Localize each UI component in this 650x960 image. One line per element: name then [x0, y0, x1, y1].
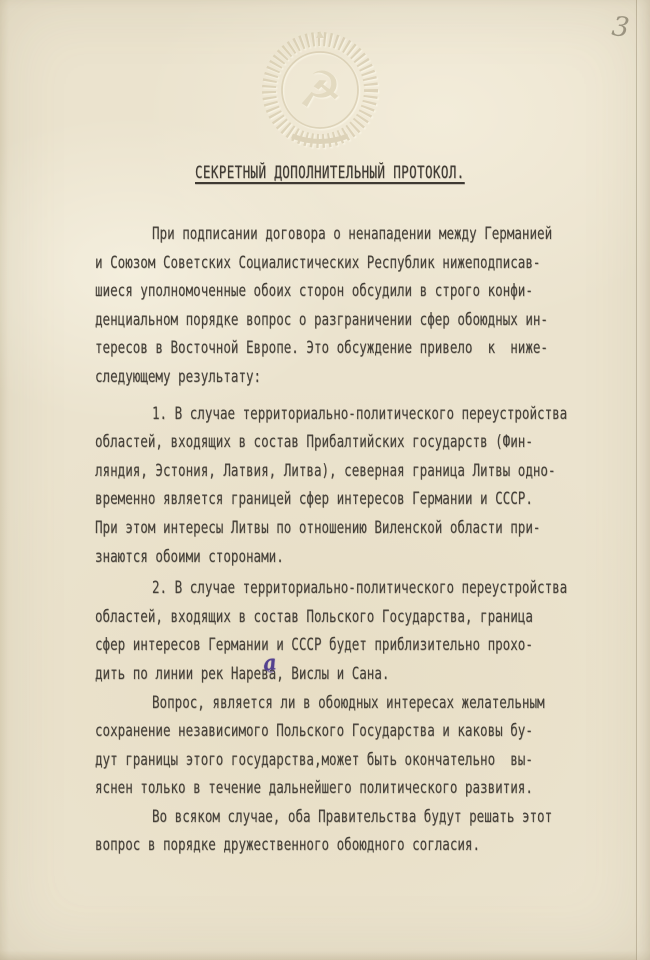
- paragraph-clause-1: 1. В случае территориально-политического…: [95, 400, 581, 572]
- svg-text:☭: ☭: [298, 61, 343, 119]
- document-title: СЕКРЕТНЫЙ ДОПОЛНИТЕЛЬНЫЙ ПРОТОКОЛ.: [195, 163, 465, 182]
- document-body: При подписании договора о ненападении ме…: [95, 220, 581, 860]
- page-number: 3: [610, 11, 631, 44]
- paragraph-intro: При подписании договора о ненападении ме…: [95, 220, 581, 392]
- document-page: 3 ☭ СЕКРЕТНЫЙ ДОПОЛНИТЕЛЬНЫЙ ПРОТОКОЛ. П…: [0, 0, 650, 960]
- ussr-emblem-seal-icon: ☭: [250, 30, 390, 156]
- page-edge-shadow: [636, 0, 650, 960]
- handwritten-ink-correction: а: [262, 649, 278, 675]
- paragraph-clause-2: 2. В случае территориально-политического…: [95, 574, 581, 688]
- paragraph-poland-question: Вопрос, является ли в обоюдных интересах…: [95, 689, 581, 803]
- paragraph-closing: Во всяком случае, оба Правительства буду…: [95, 803, 581, 860]
